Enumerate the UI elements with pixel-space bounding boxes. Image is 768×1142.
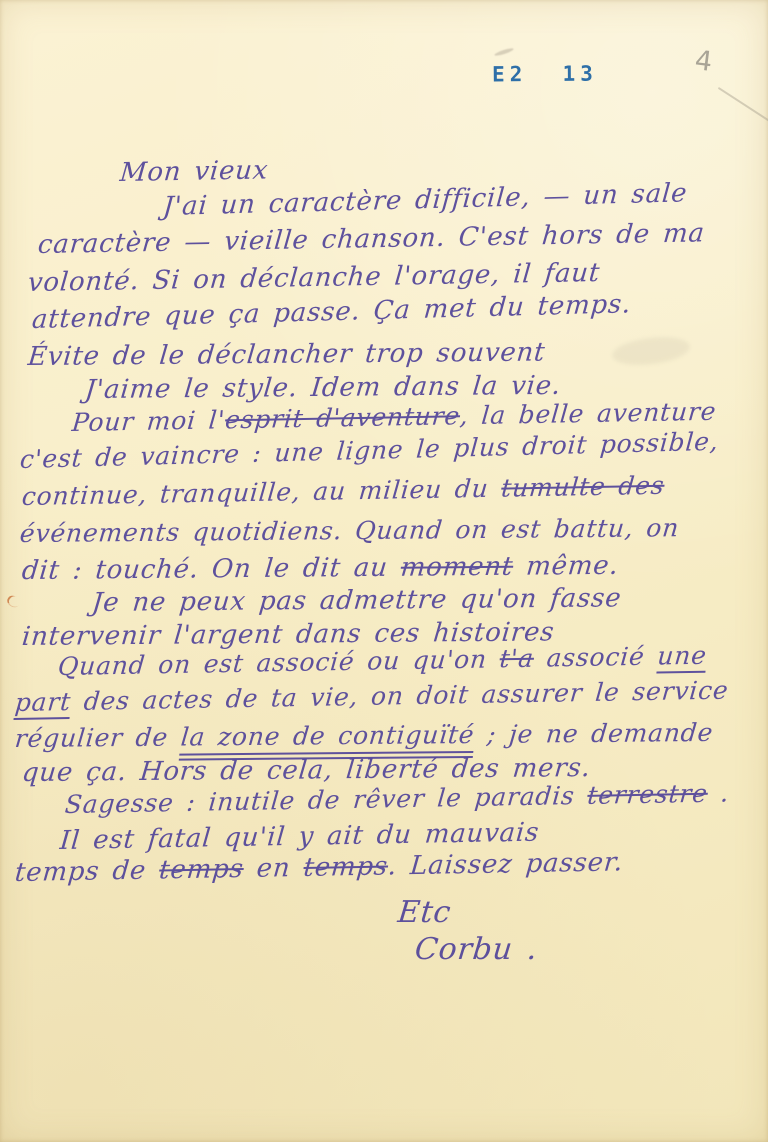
letter-page: E2 13 4 Mon vieuxJ'ai un caractère diffi…: [0, 0, 768, 1142]
signature-line: Corbu .: [413, 932, 539, 967]
handwritten-line: caractère — vieille chanson. C'est hors …: [37, 218, 706, 260]
text-segment: en: [242, 853, 304, 884]
text-segment: Mon vieux: [119, 155, 270, 188]
text-segment: temps: [158, 854, 245, 886]
text-segment: t'a: [498, 644, 535, 674]
text-segment: Etc: [396, 895, 453, 930]
text-segment: associé: [533, 642, 659, 673]
text-segment: Je ne peux pas admettre qu'on fasse: [91, 583, 623, 618]
text-segment: terrestre: [586, 779, 709, 810]
text-segment: Évite de le déclancher trop souvent: [27, 337, 547, 372]
ink-smudge: [611, 333, 692, 368]
text-segment: temps: [302, 851, 389, 883]
text-segment: une: [656, 641, 708, 674]
text-segment: caractère — vieille chanson. C'est hors …: [37, 218, 706, 260]
handwritten-line: continue, tranquille, au milieu du tumul…: [21, 471, 666, 511]
text-segment: même.: [512, 551, 620, 582]
text-segment: continue, tranquille, au milieu du: [21, 474, 503, 511]
text-segment: part: [13, 687, 72, 720]
text-segment: des actes de ta vie, on doit assurer le …: [70, 676, 730, 717]
handwritten-line: Évite de le déclancher trop souvent: [27, 337, 547, 372]
text-segment: régulier de: [14, 723, 183, 753]
archive-stamp: E2 13: [492, 62, 598, 87]
handwritten-line: événements quotidiens. Quand on est batt…: [19, 513, 681, 548]
handwritten-line: dit : touché. On le dit au moment même.: [21, 551, 620, 586]
ink-speck: [5, 593, 22, 609]
text-segment: .: [707, 778, 731, 807]
text-segment: tumulte des: [500, 471, 666, 503]
page-number-pencil: 4: [693, 45, 714, 78]
salutation-line: Mon vieux: [119, 155, 270, 188]
handwritten-line: Je ne peux pas admettre qu'on fasse: [91, 583, 623, 618]
ink-smudge: [494, 47, 514, 57]
text-segment: esprit d'aventure: [224, 401, 461, 434]
text-segment: moment: [399, 552, 514, 583]
handwritten-line: régulier de la zone de contiguïté ; je n…: [14, 718, 715, 753]
text-segment: événements quotidiens. Quand on est batt…: [19, 513, 681, 548]
text-segment: Corbu .: [413, 932, 539, 967]
text-segment: ; je ne demande: [473, 718, 715, 749]
handwritten-line: part des actes de ta vie, on doit assure…: [14, 676, 730, 718]
text-segment: Pour moi l': [71, 405, 227, 437]
text-segment: dit : touché. On le dit au: [21, 553, 403, 586]
text-segment: temps de: [14, 855, 161, 888]
pencil-stroke-mark: [718, 87, 768, 131]
text-segment: . Laissez passer.: [387, 847, 625, 881]
text-segment: , la belle aventure: [459, 397, 718, 431]
closing-line: Etc: [396, 895, 453, 930]
